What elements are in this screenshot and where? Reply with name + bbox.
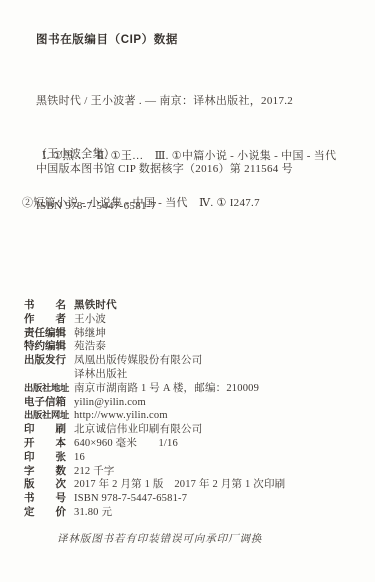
colophon-label: 特约编辑 <box>24 340 71 354</box>
cip-heading: 图书在版编目（CIP）数据 <box>36 31 178 47</box>
colophon-value: 北京诚信伟业印刷有限公司 <box>74 423 202 437</box>
copyright-page: 图书在版编目（CIP）数据 黑铁时代 / 王小波著 . — 南京：译林出版社，2… <box>0 0 375 582</box>
colophon-label: 出版发行 <box>24 354 71 368</box>
colophon-value: 凤凰出版传媒股份有限公司 <box>74 354 202 368</box>
colophon-row: 责任编辑 韩继坤 <box>24 327 368 341</box>
colophon-label: 书 名 <box>24 299 71 313</box>
colophon-row: 作 者 王小波 <box>24 313 368 327</box>
colophon-label: 定 价 <box>24 506 71 520</box>
colophon-row: 书 名 黑铁时代 <box>24 299 368 313</box>
colophon-value: 韩继坤 <box>74 327 106 341</box>
colophon-value: 南京市湖南路 1 号 A 楼，邮编：210009 <box>74 382 259 396</box>
colophon-value: 王小波 <box>74 313 106 327</box>
colophon-label: 字 数 <box>24 465 71 479</box>
cip-title-line: 黑铁时代 / 王小波著 . — 南京：译林出版社，2017.2 <box>36 93 293 111</box>
colophon-label: 印 张 <box>24 451 71 465</box>
misprint-exchange-note: 译林版图书若有印装错误可向承印厂调换 <box>57 531 262 546</box>
colophon-row: 版 次 2017 年 2 月第 1 版 2017 年 2 月第 1 次印刷 <box>24 478 368 492</box>
colophon-value: 黑铁时代 <box>74 299 117 313</box>
colophon-table: 书 名 黑铁时代 作 者 王小波 责任编辑 韩继坤 特约编辑 苑浩泰 出版发行 … <box>24 299 368 520</box>
colophon-row: 电子信箱 yilin@yilin.com <box>24 396 368 410</box>
colophon-value: 16 <box>74 451 85 465</box>
colophon-row: 出版社网址 http://www.yilin.com <box>24 409 368 423</box>
colophon-row: 印 张 16 <box>24 451 368 465</box>
colophon-value: 苑浩泰 <box>74 340 106 354</box>
colophon-row: 出版社地址 南京市湖南路 1 号 A 楼，邮编：210009 <box>24 382 368 396</box>
colophon-value: http://www.yilin.com <box>74 409 168 423</box>
colophon-row: 书 号 ISBN 978-7-5447-6581-7 <box>24 492 368 506</box>
colophon-label: 作 者 <box>24 313 71 327</box>
colophon-row: 印 刷 北京诚信伟业印刷有限公司 <box>24 423 368 437</box>
colophon-value: ISBN 978-7-5447-6581-7 <box>74 492 187 506</box>
colophon-row: 译林出版社 <box>24 368 368 382</box>
colophon-label: 出版社网址 <box>24 409 71 423</box>
colophon-row: 出版发行 凤凰出版传媒股份有限公司 <box>24 354 368 368</box>
colophon-value: 译林出版社 <box>74 368 128 382</box>
colophon-value: 212 千字 <box>74 465 115 479</box>
colophon-label: 版 次 <box>24 478 71 492</box>
colophon-label: 印 刷 <box>24 423 71 437</box>
cip-record-number: 中国版本图书馆 CIP 数据核字（2016）第 211564 号 <box>36 160 293 176</box>
colophon-row: 字 数 212 千字 <box>24 465 368 479</box>
colophon-label: 开 本 <box>24 437 71 451</box>
colophon-label: 书 号 <box>24 492 71 506</box>
colophon-label: 责任编辑 <box>24 327 71 341</box>
colophon-value: 2017 年 2 月第 1 版 2017 年 2 月第 1 次印刷 <box>74 478 285 492</box>
colophon-label: 出版社地址 <box>24 382 71 396</box>
classification-line-2: ②短篇小说 - 小说集 - 中国 - 当代 Ⅳ. ① I247.7 <box>22 196 358 212</box>
colophon-value: 640×960 毫米 1/16 <box>74 437 178 451</box>
colophon-row: 特约编辑 苑浩泰 <box>24 340 368 354</box>
cip-classification: Ⅰ. ①黑… Ⅱ. ①王… Ⅲ. ①中篇小说 - 小说集 - 中国 - 当代 ②… <box>22 118 358 242</box>
colophon-row: 开 本 640×960 毫米 1/16 <box>24 437 368 451</box>
colophon-row: 定 价 31.80 元 <box>24 506 368 520</box>
colophon-value: 31.80 元 <box>74 506 112 520</box>
colophon-label: 电子信箱 <box>24 396 71 410</box>
colophon-value: yilin@yilin.com <box>74 396 146 410</box>
